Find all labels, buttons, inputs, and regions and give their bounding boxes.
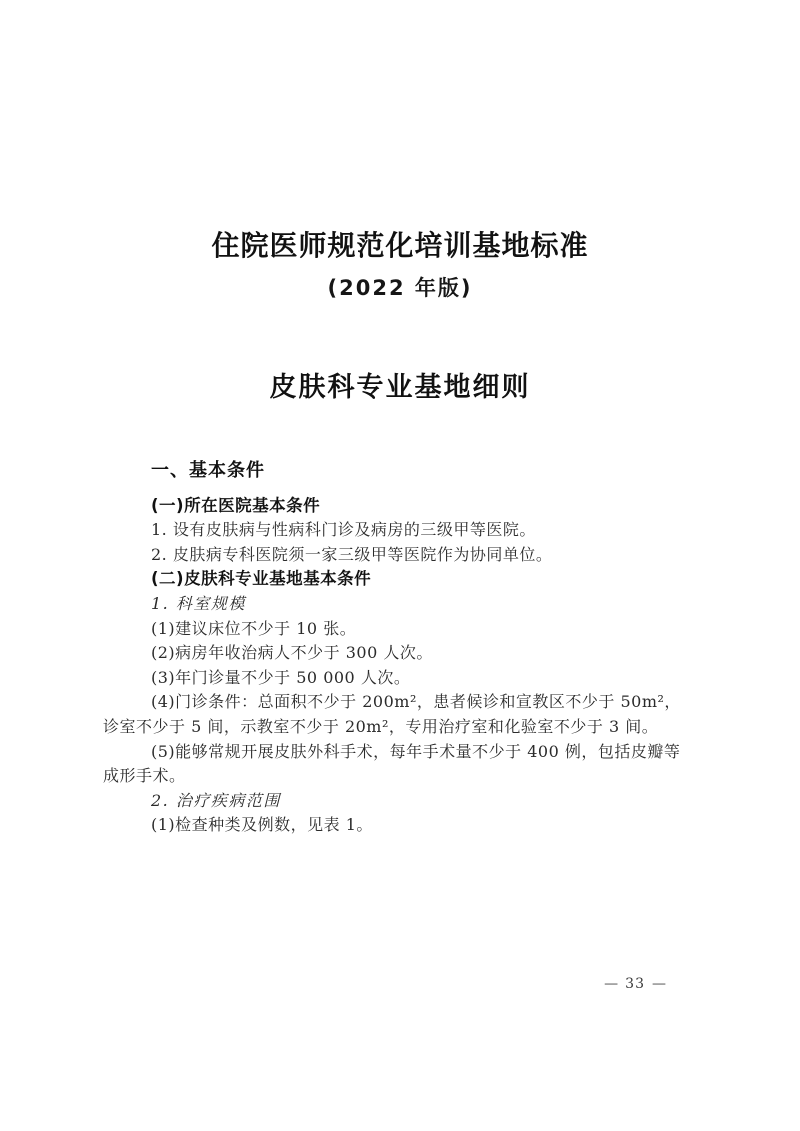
document-page: 住院医师规范化培训基地标准 (2022 年版) 皮肤科专业基地细则 一、基本条件… bbox=[0, 0, 800, 1131]
heading-hospital-basic-conditions: (一)所在医院基本条件 bbox=[103, 494, 696, 519]
paragraph-scale-item-2: (2)病房年收治病人不少于 300 人次。 bbox=[103, 641, 696, 666]
paragraph-disease-item-1: (1)检查种类及例数，见表 1。 bbox=[103, 813, 696, 838]
paragraph-scale-item-5: (5)能够常规开展皮肤外科手术，每年手术量不少于 400 例，包括皮瓣等成形手术… bbox=[103, 740, 696, 789]
paragraph-hospital-item-1: 1. 设有皮肤病与性病科门诊及病房的三级甲等医院。 bbox=[103, 518, 696, 543]
footer-left-dash: — bbox=[597, 976, 625, 992]
paragraph-scale-item-3: (3)年门诊量不少于 50 000 人次。 bbox=[103, 666, 696, 691]
subheading-disease-scope: 2. 治疗疾病范围 bbox=[103, 789, 696, 814]
document-title: 住院医师规范化培训基地标准 bbox=[104, 231, 696, 262]
section-title: 皮肤科专业基地细则 bbox=[104, 373, 696, 403]
paragraph-scale-item-4: (4)门诊条件：总面积不少于 200m²，患者候诊和宣教区不少于 50m²，诊室… bbox=[103, 690, 696, 739]
footer-right-dash: — bbox=[645, 976, 673, 992]
subheading-department-scale: 1. 科室规模 bbox=[103, 592, 696, 617]
heading-dermatology-base-conditions: (二)皮肤科专业基地基本条件 bbox=[103, 567, 696, 592]
paragraph-hospital-item-2: 2. 皮肤病专科医院须一家三级甲等医院作为协同单位。 bbox=[103, 543, 696, 568]
document-edition: (2022 年版) bbox=[104, 277, 696, 300]
page-number: 33 bbox=[625, 976, 645, 992]
paragraph-scale-item-1: (1)建议床位不少于 10 张。 bbox=[103, 617, 696, 642]
heading-basic-conditions: 一、基本条件 bbox=[103, 459, 696, 484]
document-body: 一、基本条件 (一)所在医院基本条件 1. 设有皮肤病与性病科门诊及病房的三级甲… bbox=[103, 459, 696, 838]
page-footer: —33— bbox=[597, 976, 673, 993]
